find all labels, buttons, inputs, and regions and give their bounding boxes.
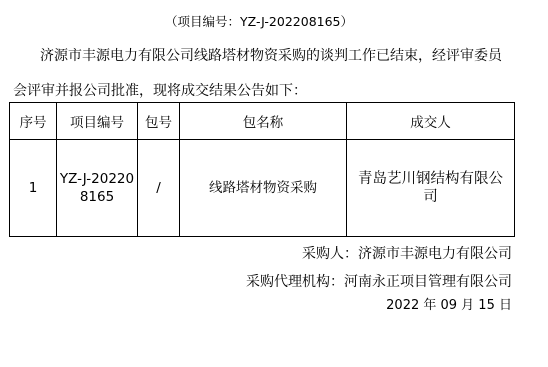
purchaser-line: 采购人：济源市丰源电力有限公司 — [302, 243, 512, 263]
cell-winner: 青岛艺川钢结构有限公 司 — [347, 140, 515, 237]
cell-project-code: YZ-J-20220 8165 — [57, 140, 138, 237]
column-header-winner: 成交人 — [347, 103, 515, 140]
cell-winner-line1: 青岛艺川钢结构有限公 — [347, 170, 514, 188]
result-table: 序号 项目编号 包号 包名称 成交人 1 YZ-J-20220 8165 / 线… — [9, 102, 515, 237]
cell-package-name: 线路塔材物资采购 — [180, 140, 347, 237]
cell-package-no: / — [138, 140, 180, 237]
agency-line: 采购代理机构：河南永正项目管理有限公司 — [246, 271, 512, 291]
column-header-package-no: 包号 — [138, 103, 180, 140]
cell-index: 1 — [10, 140, 57, 237]
intro-line-2: 会评审并报公司批准，现将成交结果公告如下： — [13, 80, 307, 100]
column-header-index: 序号 — [10, 103, 57, 140]
table-header-row: 序号 项目编号 包号 包名称 成交人 — [10, 103, 515, 140]
table-row: 1 YZ-J-20220 8165 / 线路塔材物资采购 青岛艺川钢结构有限公 … — [10, 140, 515, 237]
intro-line-1: 济源市丰源电力有限公司线路塔材物资采购的谈判工作已结束，经评审委员 — [40, 45, 502, 65]
date-line: 2022 年 09 月 15 日 — [386, 294, 512, 313]
column-header-project-code: 项目编号 — [57, 103, 138, 140]
project-code-heading: （项目编号：YZ-J-202208165） — [165, 12, 353, 30]
cell-project-code-line1: YZ-J-20220 — [57, 170, 137, 188]
column-header-package-name: 包名称 — [180, 103, 347, 140]
cell-project-code-line2: 8165 — [57, 188, 137, 206]
cell-winner-line2: 司 — [347, 188, 514, 206]
